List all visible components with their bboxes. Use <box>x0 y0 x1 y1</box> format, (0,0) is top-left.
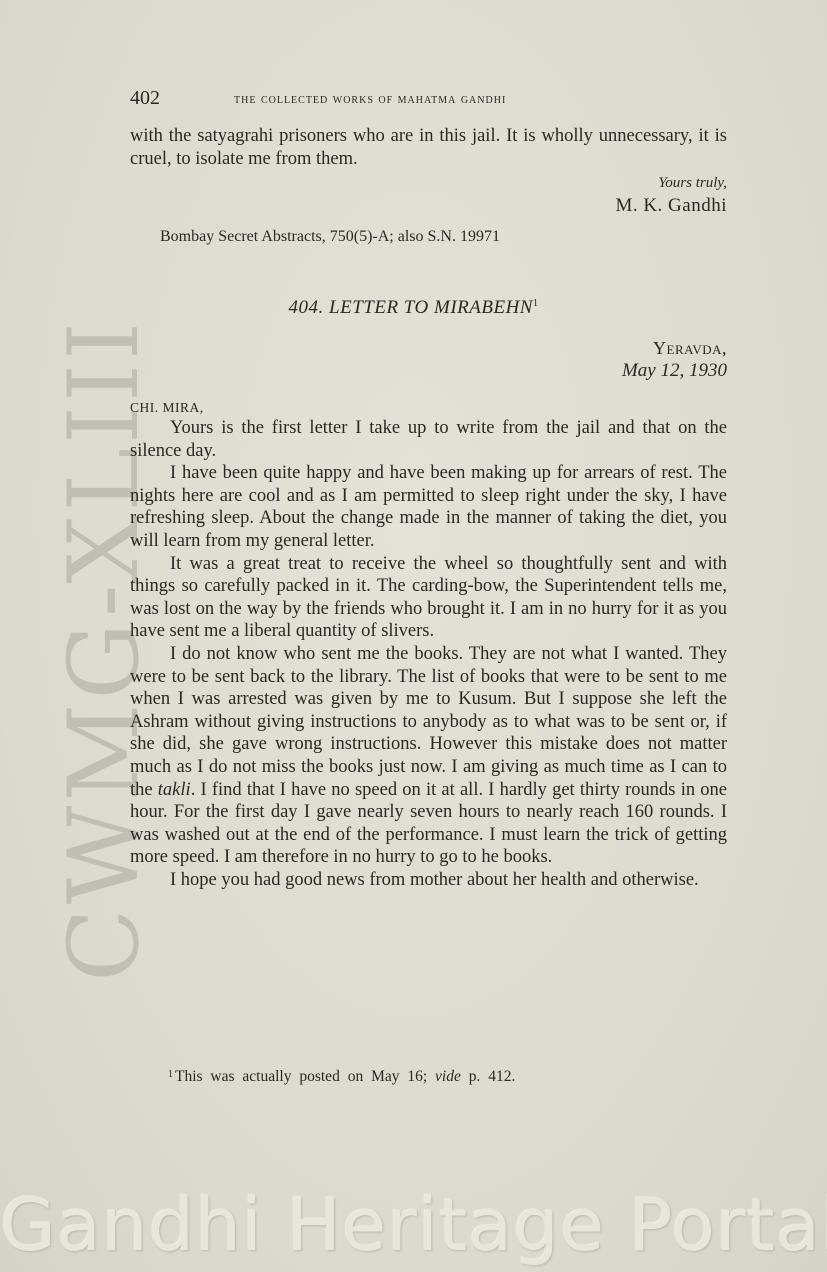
footnote-mark: 1 <box>168 1069 173 1080</box>
running-title: THE COLLECTED WORKS OF MAHATMA GANDHI <box>234 92 506 108</box>
paragraph: It was a great treat to receive the whee… <box>130 553 727 643</box>
running-head: 402 THE COLLECTED WORKS OF MAHATMA GANDH… <box>130 87 727 111</box>
letter-place: Yeravda, <box>653 338 727 359</box>
letter-date: May 12, 1930 <box>622 360 727 382</box>
paragraph: I do not know who sent me the books. The… <box>130 643 727 869</box>
letter-heading: 404. LETTER TO MIRABEHN1 <box>0 297 827 319</box>
salutation: CHI. MIRA, <box>130 400 204 416</box>
letter-body: Yours is the first letter I take up to w… <box>130 417 727 891</box>
footnote-ref: 1 <box>533 298 539 309</box>
footnote: 1This was actually posted on May 16; vid… <box>168 1068 515 1086</box>
page-number: 402 <box>130 87 160 110</box>
source-citation: Bombay Secret Abstracts, 750(5)-A; also … <box>160 228 500 246</box>
paragraph: Yours is the first letter I take up to w… <box>130 417 727 462</box>
previous-item-text: with the satyagrahi prisoners who are in… <box>130 125 727 170</box>
signature: M. K. Gandhi <box>615 195 727 217</box>
paragraph: I hope you had good news from mother abo… <box>130 869 727 892</box>
closing: Yours truly, <box>658 175 727 192</box>
italic-term: takli <box>158 780 191 800</box>
bottom-watermark: Gandhi Heritage Portal <box>0 1183 827 1267</box>
paragraph: I have been quite happy and have been ma… <box>130 462 727 552</box>
